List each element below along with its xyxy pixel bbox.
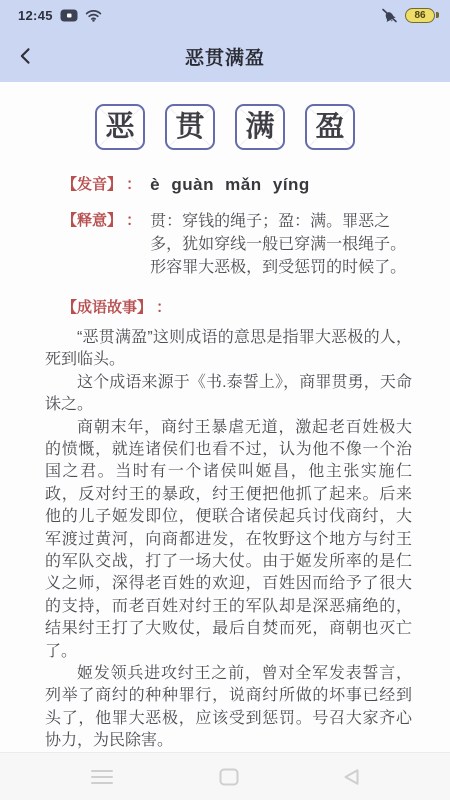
back-nav-button[interactable] [328,762,375,792]
wifi-icon [85,9,102,22]
story-paragraph: 这个成语来源于《书.泰誓上》，商罪贯勇，天命诛之。 [45,372,412,417]
idiom-character: 盈 [315,113,344,142]
pronunciation-value: è guàn mǎn yíng [150,174,310,197]
status-time: 12:45 [18,8,53,23]
recents-square-icon [219,768,239,786]
idiom-character: 恶 [105,113,134,142]
story-paragraph: 商朝末年，商纣王暴虐无道，激起老百姓极大的愤慨，就连诸侯们也看不过，认为他不像一… [45,417,412,663]
battery-indicator: 86 [405,8,435,23]
back-chevron-icon [16,46,36,66]
idiom-character: 满 [245,113,274,142]
album-icon [60,9,78,22]
menu-button[interactable] [75,762,129,792]
idiom-character: 贯 [175,113,204,142]
story-label: 【成语故事】 ： [62,296,412,317]
status-bar-right: 86 [381,8,435,23]
idiom-character-boxes: 恶 贯 满 盈 [0,82,450,150]
status-bar-left: 12:45 [18,8,102,23]
idiom-info: 【发音】 ： è guàn mǎn yíng 【释意】 ： 贯：穿钱的绳子；盈：… [0,174,450,279]
idiom-character-box: 满 [235,104,285,150]
status-bar: 12:45 [0,0,450,30]
back-button[interactable] [12,42,40,70]
meaning-row: 【释意】 ： 贯：穿钱的绳子；盈：满。罪恶之多，犹如穿线一般已穿满一根绳子。形容… [0,210,450,279]
story-paragraph: “恶贯满盈”这则成语的意思是指罪大恶极的人，死到临头。 [45,327,412,372]
back-triangle-icon [342,768,361,786]
idiom-character-box: 恶 [95,104,145,150]
page-title: 恶贯满盈 [185,43,265,70]
meaning-value: 贯：穿钱的绳子；盈：满。罪恶之多，犹如穿线一般已穿满一根绳子。形容罪大恶极，到受… [150,210,412,279]
story-section: 【成语故事】 ： “恶贯满盈”这则成语的意思是指罪大恶极的人，死到临头。 这个成… [0,296,450,752]
pronunciation-label: 【发音】 ： [62,174,141,197]
story-paragraph: 姬发领兵进攻纣王之前，曾对全军发表誓言，列举了商纣的种种罪行，说商纣所做的坏事已… [45,663,412,752]
idiom-character-box: 盈 [305,104,355,150]
meaning-label: 【释意】 ： [62,210,141,233]
android-nav-bar [0,752,450,800]
idiom-character-box: 贯 [165,104,215,150]
content-area: 恶 贯 满 盈 【发音】 ： è guàn mǎn yíng 【释意】 ： 贯：… [0,82,450,752]
battery-percent: 86 [414,10,425,21]
app-header: 恶贯满盈 [0,30,450,82]
phone-screen: 12:45 [0,0,450,800]
mute-vibrate-icon [381,8,398,23]
recents-button[interactable] [205,762,253,792]
menu-icon [89,768,115,786]
pronunciation-row: 【发音】 ： è guàn mǎn yíng [0,174,450,197]
